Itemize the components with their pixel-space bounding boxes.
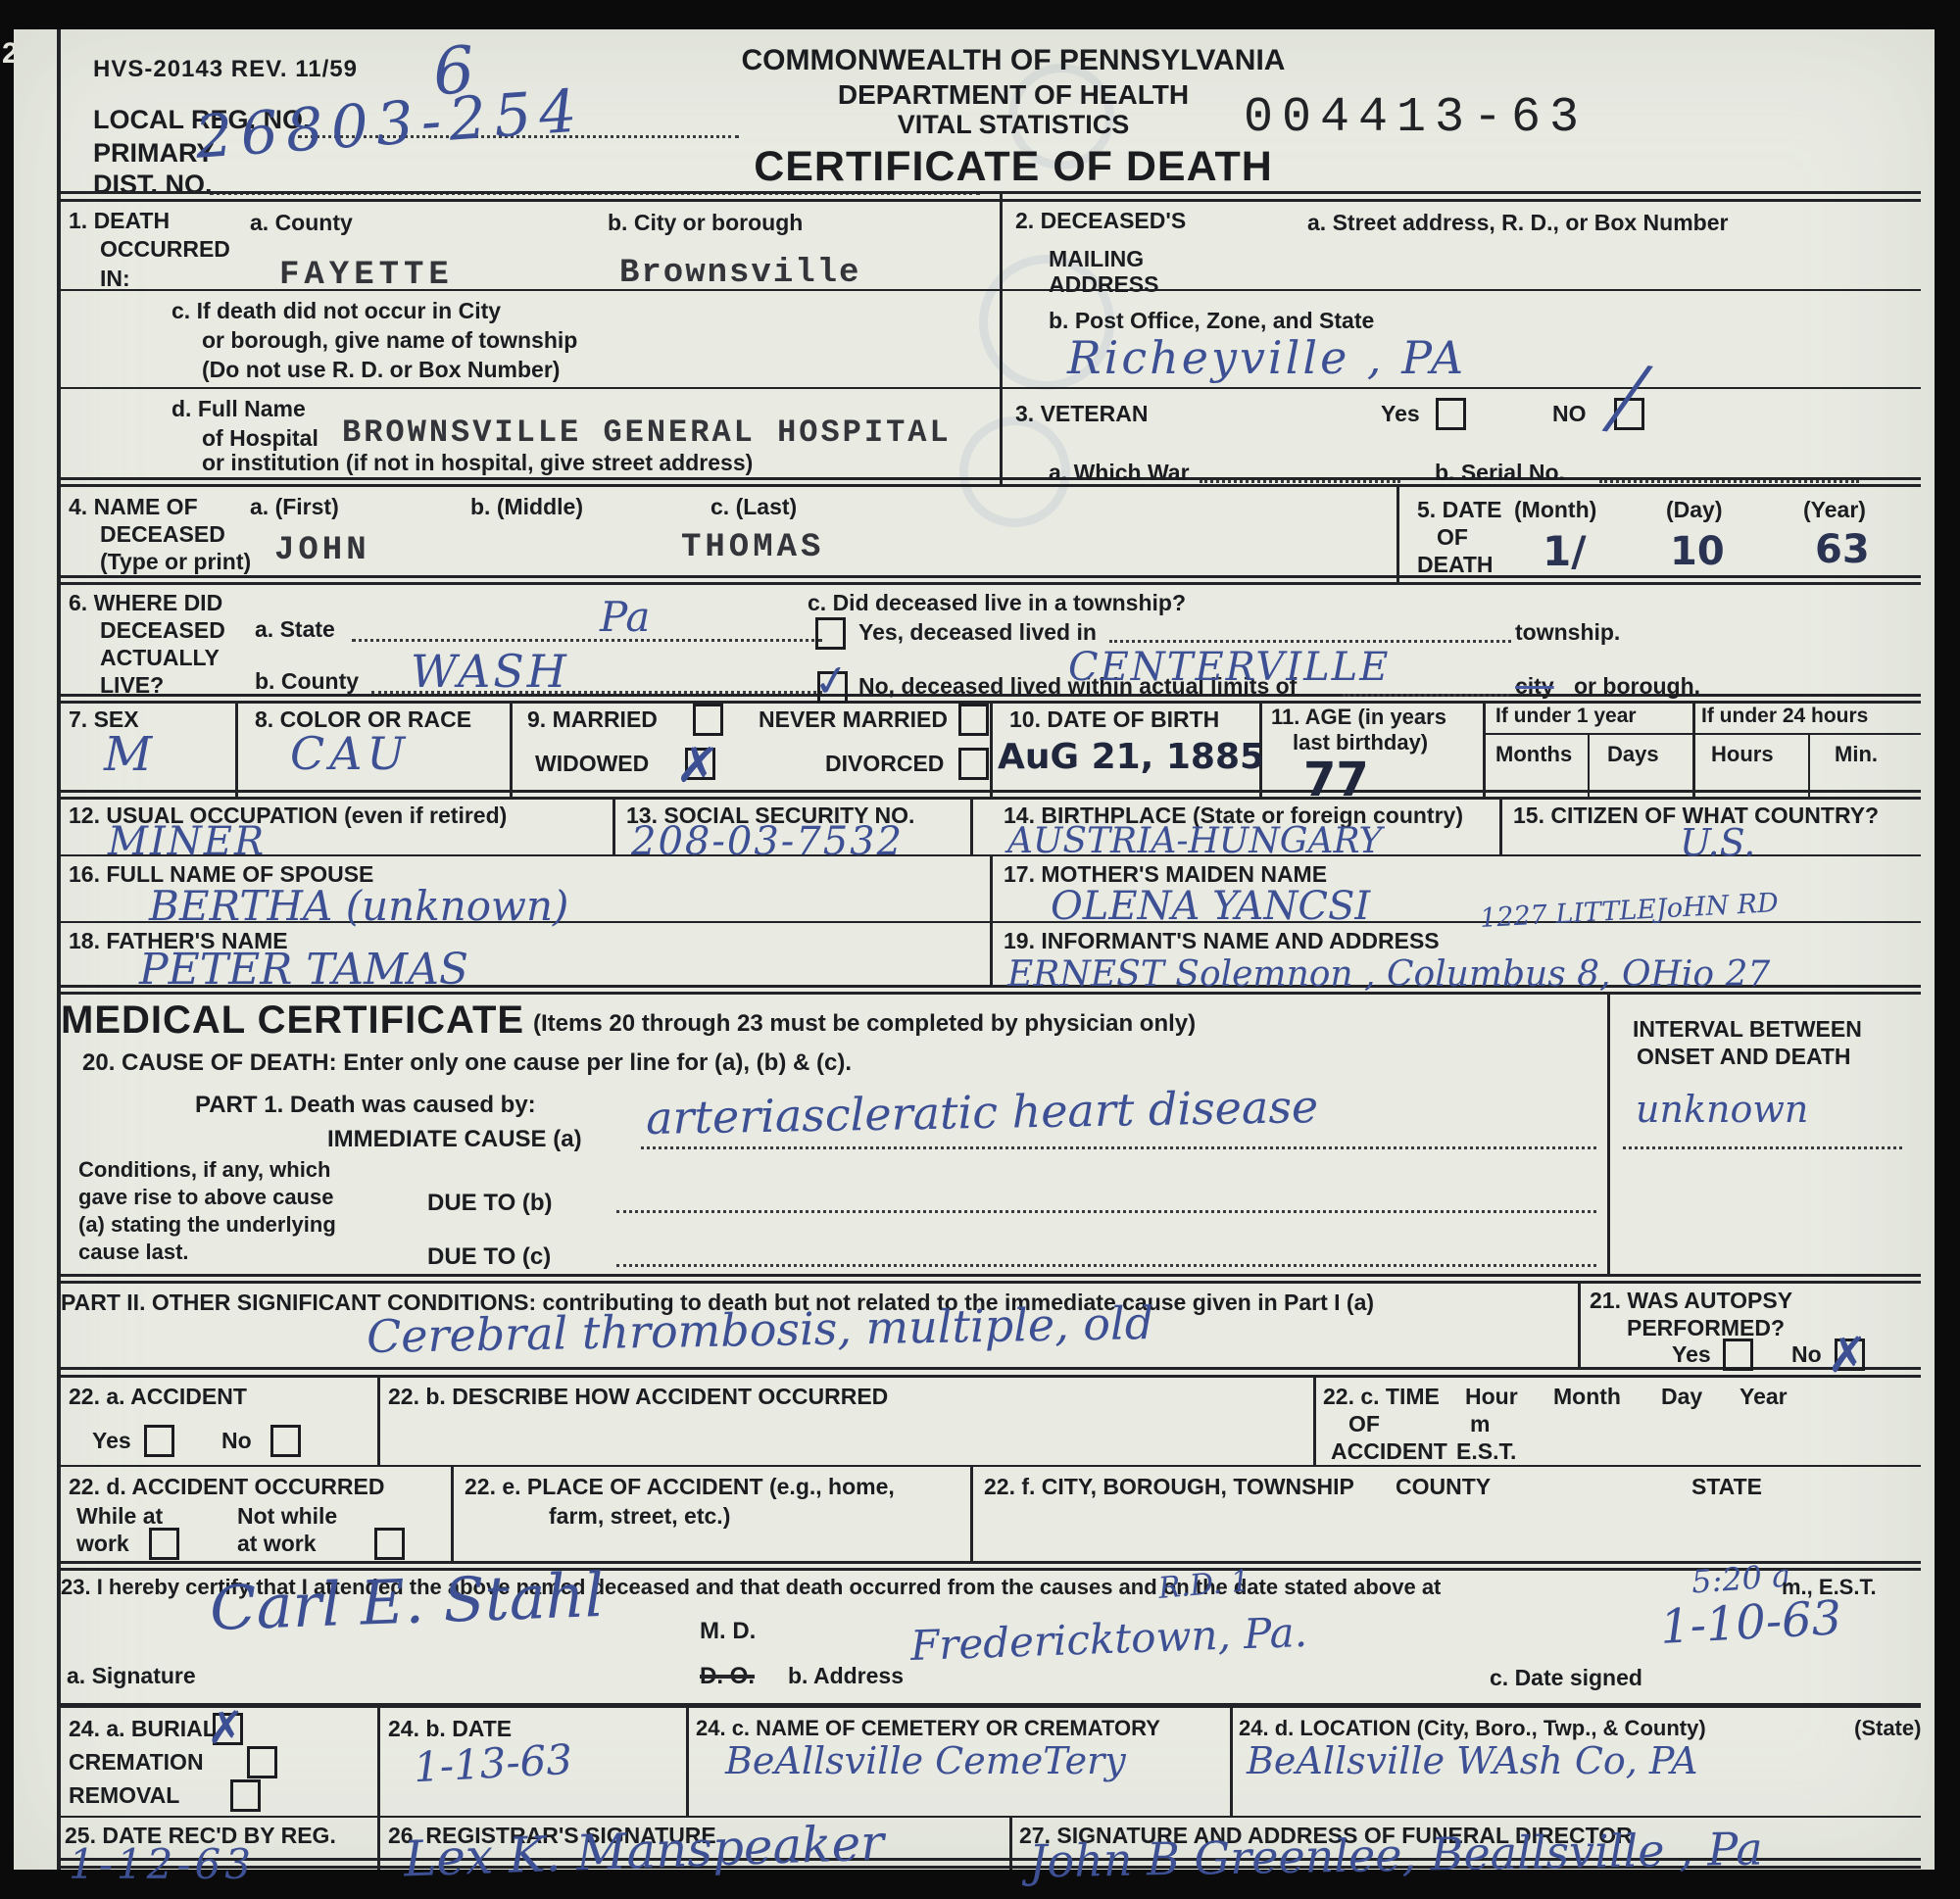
s22d-while-line1: While at: [76, 1504, 163, 1528]
s24c-value: BeAllsville CemeTery: [725, 1739, 1126, 1782]
s6c-question: c. Did deceased live in a township?: [808, 591, 1186, 614]
divorced-checkbox: [958, 748, 989, 780]
s9-widowed-label: WIDOWED: [535, 752, 649, 775]
s3-yes-label: Yes: [1381, 402, 1420, 425]
s1d-line3: or institution (if not in hospital, give…: [202, 451, 753, 474]
s9-married-label: 9. MARRIED: [527, 707, 658, 731]
days-label: Days: [1607, 743, 1659, 765]
s22c-year-label: Year: [1739, 1385, 1788, 1408]
rule: [990, 921, 993, 985]
s22c-hour-label: Hour: [1465, 1385, 1518, 1408]
dotted-line: [616, 1264, 1596, 1267]
rule: [57, 1375, 1921, 1378]
s12-value: MINER: [108, 819, 266, 864]
s11-label-line1: 11. AGE (in years: [1271, 706, 1446, 728]
cremation-checkbox: [247, 1746, 277, 1778]
date-signed-value: 1-10-63: [1659, 1590, 1843, 1655]
s1d-line2: of Hospital: [202, 426, 318, 450]
rule: [1588, 733, 1590, 797]
s6-state-value: Pa: [600, 593, 650, 641]
rule: [57, 790, 1921, 793]
s6c-no-value: CENTERVILLE: [1068, 645, 1390, 690]
s22d-not-line1: Not while: [237, 1504, 337, 1528]
burial-checkmark: ✗: [207, 1701, 245, 1754]
rule: [1499, 797, 1502, 854]
rule: [57, 1816, 1921, 1818]
s4-label-line1: 4. NAME OF: [69, 495, 198, 518]
s17-label: 17. MOTHER'S MAIDEN NAME: [1004, 862, 1327, 886]
dotted-line: [1623, 1146, 1902, 1149]
s22c-month-label: Month: [1553, 1385, 1621, 1408]
rule: [1009, 1816, 1012, 1870]
dotted-line: [641, 1146, 1596, 1149]
s22c-label-line1: 22. c. TIME: [1323, 1385, 1440, 1408]
dotted-line: [1200, 480, 1400, 483]
rule: [57, 701, 1921, 704]
s3-no-label: NO: [1552, 402, 1587, 425]
s15-value: U.S.: [1680, 821, 1755, 864]
s2-label-line2: MAILING: [1049, 247, 1144, 270]
certificate-title: CERTIFICATE OF DEATH: [602, 145, 1425, 190]
rule: [57, 1465, 1921, 1467]
s4-last-value: THOMAS: [681, 529, 824, 566]
dist-no-value: 26803-254: [193, 76, 587, 172]
rule: [57, 797, 1921, 800]
s22d-label: 22. d. ACCIDENT OCCURRED: [69, 1475, 384, 1498]
dotted-line: [1109, 640, 1511, 643]
rule: [1396, 484, 1399, 582]
certificate-paper: HVS-20143 REV. 11/59 LOCAL REG. NO. 6 PR…: [14, 29, 1935, 1870]
s2b-label: b. Post Office, Zone, and State: [1049, 309, 1374, 332]
s2-label-line3: ADDRESS: [1049, 272, 1158, 296]
rule: [57, 582, 1921, 585]
s5-month-label: (Month): [1514, 498, 1596, 521]
rule: [57, 575, 1921, 578]
s9-divorced-label: DIVORCED: [825, 752, 944, 775]
interval-value: unknown: [1636, 1088, 1808, 1131]
accident-yes-checkbox: [144, 1425, 174, 1457]
s1-hospital-value: BROWNSVILLE GENERAL HOSPITAL: [342, 414, 952, 451]
do-label-struck: D. O.: [700, 1664, 755, 1688]
min-label: Min.: [1835, 743, 1878, 765]
s1-county-label: a. County: [250, 211, 353, 234]
cremation-label: CREMATION: [69, 1750, 204, 1774]
cause-a-value: arteriascleratic heart disease: [646, 1080, 1319, 1144]
s7-value: M: [104, 727, 152, 782]
address-label: b. Address: [788, 1664, 904, 1687]
due-to-c-label: DUE TO (c): [427, 1244, 551, 1269]
s5-label-line2: OF: [1437, 525, 1468, 549]
s22f-state-label: STATE: [1691, 1475, 1762, 1498]
s22e-label-line1: 22. e. PLACE OF ACCIDENT (e.g., home,: [465, 1475, 895, 1498]
s6-label-line3: ACTUALLY: [100, 646, 220, 669]
s24a-label: 24. a. BURIAL: [69, 1717, 217, 1740]
rule: [1808, 733, 1810, 797]
s11-value: 77: [1303, 753, 1369, 807]
s1-label-line1: 1. DEATH: [69, 209, 170, 232]
commonwealth-line: COMMONWEALTH OF PENNSYLVANIA: [602, 45, 1425, 76]
s4-first-value: JOHN: [274, 532, 370, 569]
rule: [1313, 1375, 1316, 1465]
s13-value: 208-03-7532: [631, 819, 904, 864]
while-at-work-checkbox: [149, 1528, 179, 1560]
s6c-township-suffix: township.: [1515, 620, 1620, 644]
autopsy-no-checkmark: ✗: [1827, 1327, 1868, 1384]
s4-last-label: c. (Last): [710, 495, 797, 518]
s5-day-value: 10: [1670, 529, 1725, 574]
rule: [57, 1703, 1921, 1708]
s22a-no-label: No: [221, 1429, 252, 1452]
rule: [1607, 992, 1610, 1274]
s1-city-label: b. City or borough: [608, 211, 803, 234]
removal-label: REMOVAL: [69, 1783, 179, 1807]
rule: [377, 1708, 380, 1816]
s25-value: 1-12-63: [69, 1840, 255, 1888]
s22d-not-line2: at work: [237, 1532, 317, 1555]
autopsy-yes-checkbox: [1723, 1339, 1753, 1371]
s22c-label-line3: ACCIDENT: [1331, 1439, 1447, 1463]
rule: [990, 701, 993, 797]
s22c-label-line2: OF: [1348, 1412, 1380, 1436]
rule: [1692, 701, 1695, 797]
s2a-label: a. Street address, R. D., or Box Number: [1307, 211, 1728, 234]
s5-day-label: (Day): [1666, 498, 1723, 521]
s17-value: OLENA YANCSI: [1051, 884, 1370, 929]
rule: [377, 1375, 380, 1465]
due-to-b-label: DUE TO (b): [427, 1191, 553, 1215]
date-signed-label: c. Date signed: [1490, 1666, 1642, 1689]
rule: [57, 199, 1921, 202]
rule: [1483, 733, 1921, 735]
s6-label-line4: LIVE?: [100, 673, 164, 697]
rule: [1000, 191, 1003, 484]
s22b-label: 22. b. DESCRIBE HOW ACCIDENT OCCURRED: [388, 1385, 888, 1408]
dotted-line: [1599, 480, 1859, 483]
s21-yes-label: Yes: [1672, 1342, 1711, 1366]
s1c-line3: (Do not use R. D. or Box Number): [202, 358, 560, 381]
s22f-label: 22. f. CITY, BOROUGH, TOWNSHIP: [984, 1475, 1354, 1498]
rule: [970, 1465, 973, 1561]
s21-label-line1: 21. WAS AUTOPSY: [1590, 1289, 1792, 1312]
rule: [990, 854, 993, 921]
s2-label-line1: 2. DECEASED'S: [1015, 209, 1186, 232]
s1-city-value: Brownsville: [619, 255, 860, 292]
widowed-checkmark: ✗: [673, 735, 721, 798]
rule: [57, 191, 1921, 194]
s22e-label-line2: farm, street, etc.): [549, 1504, 730, 1528]
conditions-line4: cause last.: [78, 1241, 189, 1263]
s4-label-line3: (Type or print): [100, 550, 251, 573]
months-label: Months: [1495, 743, 1572, 765]
scanned-death-certificate: { "corner": {"page_digit": "2"}, "header…: [0, 0, 1960, 1899]
s22f-county-label: COUNTY: [1396, 1475, 1491, 1498]
s5-month-value: 1/: [1543, 527, 1587, 575]
township-no-checkmark: ✓: [810, 655, 854, 709]
s6-label-line2: DECEASED: [100, 618, 225, 642]
s20-label: 20. CAUSE OF DEATH: Enter only one cause…: [82, 1050, 852, 1075]
s5-label-line3: DEATH: [1417, 553, 1494, 576]
address-line1: R.D. 1: [1157, 1564, 1251, 1606]
s19-value: ERNEST Solemnon , Columbus 8, OHio 27: [1007, 954, 1770, 995]
s22c-day-label: Day: [1661, 1385, 1702, 1408]
rule: [57, 1281, 1921, 1284]
s14-value: AUSTRIA-HUNGARY: [1007, 821, 1382, 861]
s1c-line1: c. If death did not occur in City: [171, 299, 501, 322]
removal-checkbox: [230, 1779, 261, 1812]
s24d-label: 24. d. LOCATION (City, Boro., Twp., & Co…: [1239, 1717, 1706, 1739]
medical-certificate-title: MEDICAL CERTIFICATE: [61, 999, 524, 1041]
dotted-line: [616, 1210, 1596, 1213]
s24c-label: 24. c. NAME OF CEMETERY OR CREMATORY: [696, 1717, 1160, 1739]
rule: [970, 797, 973, 854]
s22d-while-line2: work: [76, 1532, 129, 1555]
conditions-line2: gave rise to above cause: [78, 1186, 333, 1208]
accident-no-checkbox: [270, 1425, 301, 1457]
s5-year-value: 63: [1815, 527, 1870, 572]
dotted-line: [1343, 694, 1509, 697]
never-married-checkbox: [958, 704, 989, 736]
s24b-label: 24. b. DATE: [388, 1717, 512, 1740]
rule: [686, 1708, 689, 1816]
s24d-value: BeAllsville WAsh Co, PA: [1247, 1739, 1697, 1782]
s24b-value: 1-13-63: [413, 1735, 573, 1791]
address-value: Fredericktown, Pa.: [909, 1608, 1307, 1670]
dist-no-label: DIST. NO.: [93, 170, 213, 199]
conditions-line1: Conditions, if any, which: [78, 1158, 330, 1181]
medical-certificate-subtitle: (Items 20 through 23 must be completed b…: [533, 1011, 1196, 1036]
rule: [57, 484, 1921, 487]
s8-value: CAU: [290, 727, 410, 780]
s4-label-line2: DECEASED: [100, 522, 225, 546]
signature-label: a. Signature: [67, 1664, 196, 1687]
dotted-line: [352, 639, 822, 642]
physician-signature: Carl E. Stahl: [209, 1559, 606, 1644]
s16-value: BERTHA (unknown): [149, 882, 568, 930]
under-1-year-label: If under 1 year: [1495, 706, 1637, 727]
rule: [57, 1274, 1921, 1277]
s6-state-label: a. State: [255, 617, 335, 641]
certificate-number: 004413-63: [1244, 90, 1588, 146]
s24d-state-label: (State): [1854, 1717, 1921, 1739]
married-checkbox: [693, 704, 723, 736]
s5-label-line1: 5. DATE: [1417, 498, 1501, 521]
rule: [57, 1561, 1921, 1564]
rule: [510, 701, 513, 797]
s1-label-line3: IN:: [100, 267, 130, 290]
s19-label: 19. INFORMANT'S NAME AND ADDRESS: [1004, 929, 1440, 952]
rule: [1483, 701, 1486, 797]
s17-extra-value: 1227 LITTLEJoHN RD: [1479, 888, 1779, 934]
rule: [57, 1367, 1921, 1370]
md-label: M. D.: [700, 1619, 756, 1643]
conditions-line3: (a) stating the underlying: [78, 1213, 336, 1236]
rule: [1578, 1281, 1581, 1367]
s3-serial-label: b. Serial No.: [1435, 461, 1565, 484]
s9-never-label: NEVER MARRIED: [759, 707, 948, 731]
s6-county-label: b. County: [255, 669, 359, 693]
form-number: HVS-20143 REV. 11/59: [93, 57, 358, 81]
s1-county-value: FAYETTE: [279, 257, 454, 294]
s18-value: PETER TAMAS: [139, 945, 468, 995]
interval-label-line1: INTERVAL BETWEEN: [1633, 1017, 1862, 1041]
hours-label: Hours: [1711, 743, 1774, 765]
rule: [57, 854, 1921, 856]
s6c-city-word: city: [1515, 674, 1554, 698]
s22a-yes-label: Yes: [92, 1429, 131, 1452]
immediate-cause-label: IMMEDIATE CAUSE (a): [327, 1127, 582, 1151]
s6-county-value: WASH: [411, 645, 569, 698]
rule: [451, 1465, 454, 1561]
under-24-hours-label: If under 24 hours: [1701, 706, 1868, 727]
veteran-yes-checkbox: [1436, 398, 1466, 430]
s22a-label: 22. a. ACCIDENT: [69, 1385, 247, 1408]
s11-label-line2: last birthday): [1293, 731, 1428, 754]
not-while-at-work-checkbox: [374, 1528, 405, 1560]
s22c-est-label: E.S.T.: [1456, 1439, 1516, 1463]
s4-middle-label: b. (Middle): [470, 495, 583, 518]
interval-label-line2: ONSET AND DEATH: [1637, 1045, 1851, 1068]
s3-label: 3. VETERAN: [1015, 402, 1148, 425]
rule: [377, 1816, 380, 1870]
part1-label: PART 1. Death was caused by:: [195, 1093, 536, 1117]
s21-no-label: No: [1791, 1342, 1822, 1366]
rule: [1230, 1708, 1233, 1816]
s1d-line1: d. Full Name: [171, 397, 306, 420]
s4-first-label: a. (First): [250, 495, 339, 518]
s22c-m-label: m: [1470, 1412, 1490, 1436]
s10-label: 10. DATE OF BIRTH: [1009, 707, 1219, 731]
s6c-or-borough: or borough.: [1574, 674, 1700, 698]
s1-label-line2: OCCURRED: [100, 237, 230, 261]
s1c-line2: or borough, give name of township: [202, 328, 577, 352]
s2b-value: Richeyville , PA: [1067, 331, 1466, 384]
s21-label-line2: PERFORMED?: [1627, 1316, 1785, 1339]
s5-year-label: (Year): [1803, 498, 1866, 521]
s6c-yes-text: Yes, deceased lived in: [858, 620, 1097, 644]
rule: [235, 701, 238, 797]
s6-label-line1: 6. WHERE DID: [69, 591, 222, 614]
rule: [612, 797, 615, 854]
s10-value: AuG 21, 1885: [998, 737, 1264, 777]
s3-war-label: a. Which War: [1049, 461, 1190, 484]
township-yes-checkbox: [815, 617, 846, 650]
